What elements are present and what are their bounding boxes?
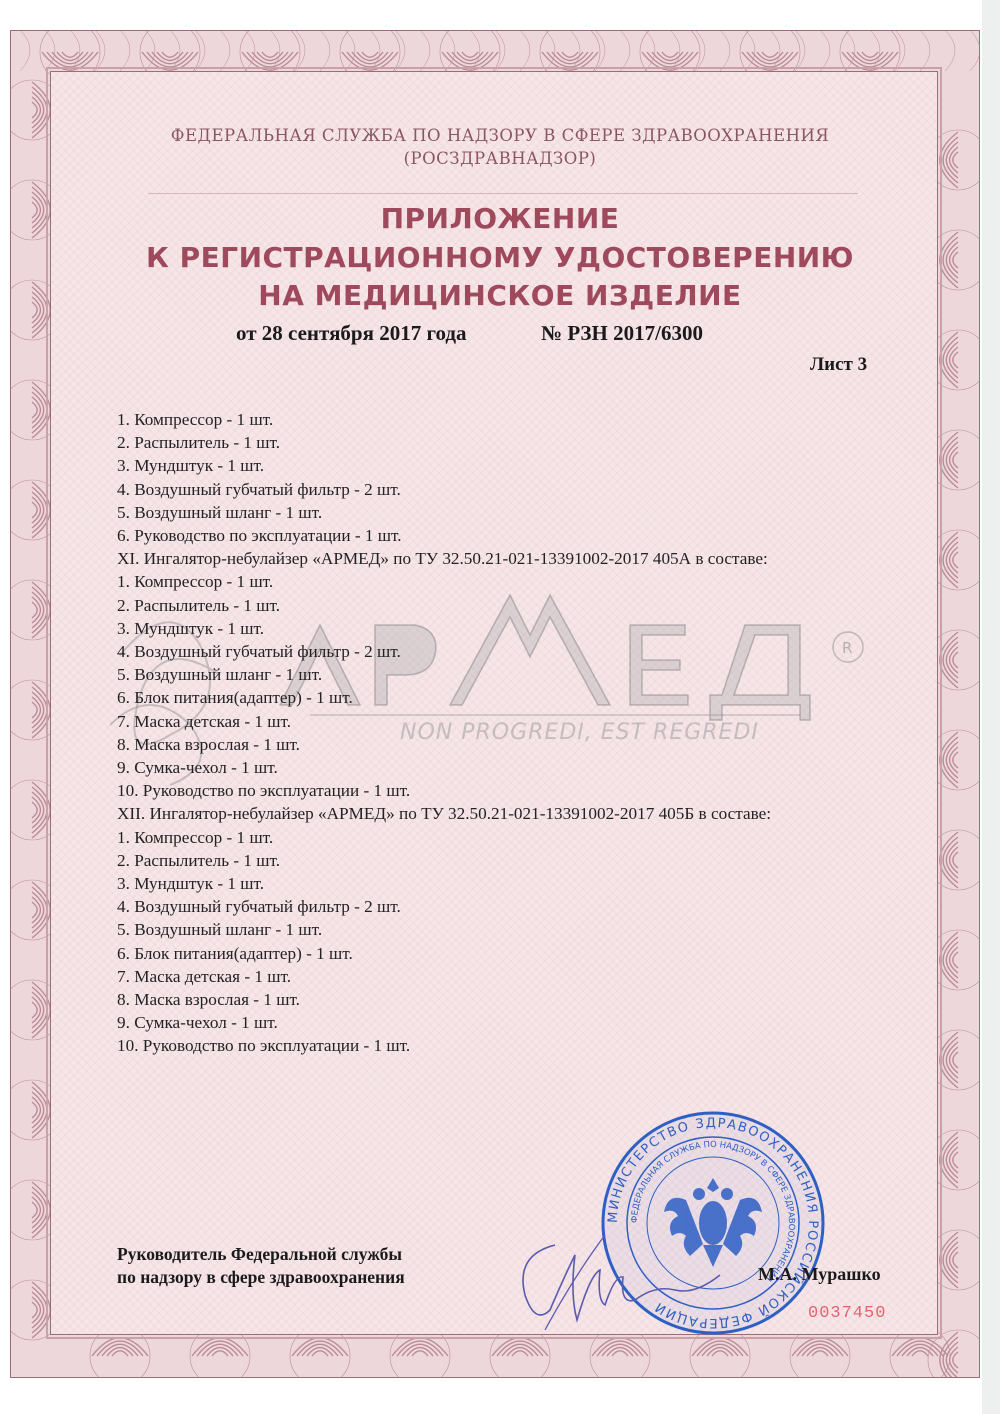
list-item: 1. Компрессор - 1 шт. xyxy=(117,826,907,849)
list-item: 10. Руководство по эксплуатации - 1 шт. xyxy=(117,1034,907,1057)
list-item: 1. Компрессор - 1 шт. xyxy=(117,570,907,593)
list-item: 9. Сумка-чехол - 1 шт. xyxy=(117,1011,907,1034)
serial-number: 0037450 xyxy=(808,1304,886,1323)
registration-date: от 28 сентября 2017 года xyxy=(236,321,467,346)
handwritten-signature xyxy=(505,1215,725,1335)
list-item: 3. Мундштук - 1 шт. xyxy=(117,454,907,477)
list-item: 7. Маска детская - 1 шт. xyxy=(117,710,907,733)
registration-number: № РЗН 2017/6300 xyxy=(541,321,703,346)
signer-title-line-1: Руководитель Федеральной службы xyxy=(117,1243,405,1266)
agency-abbreviation: (РОСЗДРАВНАДЗОР) xyxy=(0,147,1000,170)
list-item: 6. Руководство по эксплуатации - 1 шт. xyxy=(117,524,907,547)
list-item: 6. Блок питания(адаптер) - 1 шт. xyxy=(117,942,907,965)
agency-name: ФЕДЕРАЛЬНАЯ СЛУЖБА ПО НАДЗОРУ В СФЕРЕ ЗД… xyxy=(0,124,1000,147)
document-title: ПРИЛОЖЕНИЕ xyxy=(0,201,1000,237)
list-item: 2. Распылитель - 1 шт. xyxy=(117,431,907,454)
header-divider xyxy=(148,193,858,194)
list-item: 1. Компрессор - 1 шт. xyxy=(117,408,907,431)
document-subtitle-1: К РЕГИСТРАЦИОННОМУ УДОСТОВЕРЕНИЮ xyxy=(0,240,1000,276)
list-item: 7. Маска детская - 1 шт. xyxy=(117,965,907,988)
list-item: 8. Маска взрослая - 1 шт. xyxy=(117,988,907,1011)
signer-name: М.А. Мурашко xyxy=(758,1264,881,1285)
section-heading: XI. Ингалятор-небулайзер «АРМЕД» по ТУ 3… xyxy=(117,547,907,570)
list-item: 2. Распылитель - 1 шт. xyxy=(117,594,907,617)
document-subtitle-2: НА МЕДИЦИНСКОЕ ИЗДЕЛИЕ xyxy=(0,278,1000,314)
equipment-list: 1. Компрессор - 1 шт.2. Распылитель - 1 … xyxy=(117,408,907,1058)
list-item: 10. Руководство по эксплуатации - 1 шт. xyxy=(117,779,907,802)
signer-title: Руководитель Федеральной службы по надзо… xyxy=(117,1243,405,1289)
list-item: 3. Мундштук - 1 шт. xyxy=(117,617,907,640)
section-heading: XII. Ингалятор-небулайзер «АРМЕД» по ТУ … xyxy=(117,802,907,825)
list-item: 2. Распылитель - 1 шт. xyxy=(117,849,907,872)
list-item: 4. Воздушный губчатый фильтр - 2 шт. xyxy=(117,640,907,663)
list-item: 9. Сумка-чехол - 1 шт. xyxy=(117,756,907,779)
list-item: 5. Воздушный шланг - 1 шт. xyxy=(117,501,907,524)
list-item: 5. Воздушный шланг - 1 шт. xyxy=(117,918,907,941)
list-item: 8. Маска взрослая - 1 шт. xyxy=(117,733,907,756)
list-item: 4. Воздушный губчатый фильтр - 2 шт. xyxy=(117,895,907,918)
list-item: 6. Блок питания(адаптер) - 1 шт. xyxy=(117,686,907,709)
list-item: 4. Воздушный губчатый фильтр - 2 шт. xyxy=(117,478,907,501)
list-item: 3. Мундштук - 1 шт. xyxy=(117,872,907,895)
sheet-number: Лист 3 xyxy=(810,354,867,376)
signer-title-line-2: по надзору в сфере здравоохранения xyxy=(117,1266,405,1289)
list-item: 5. Воздушный шланг - 1 шт. xyxy=(117,663,907,686)
